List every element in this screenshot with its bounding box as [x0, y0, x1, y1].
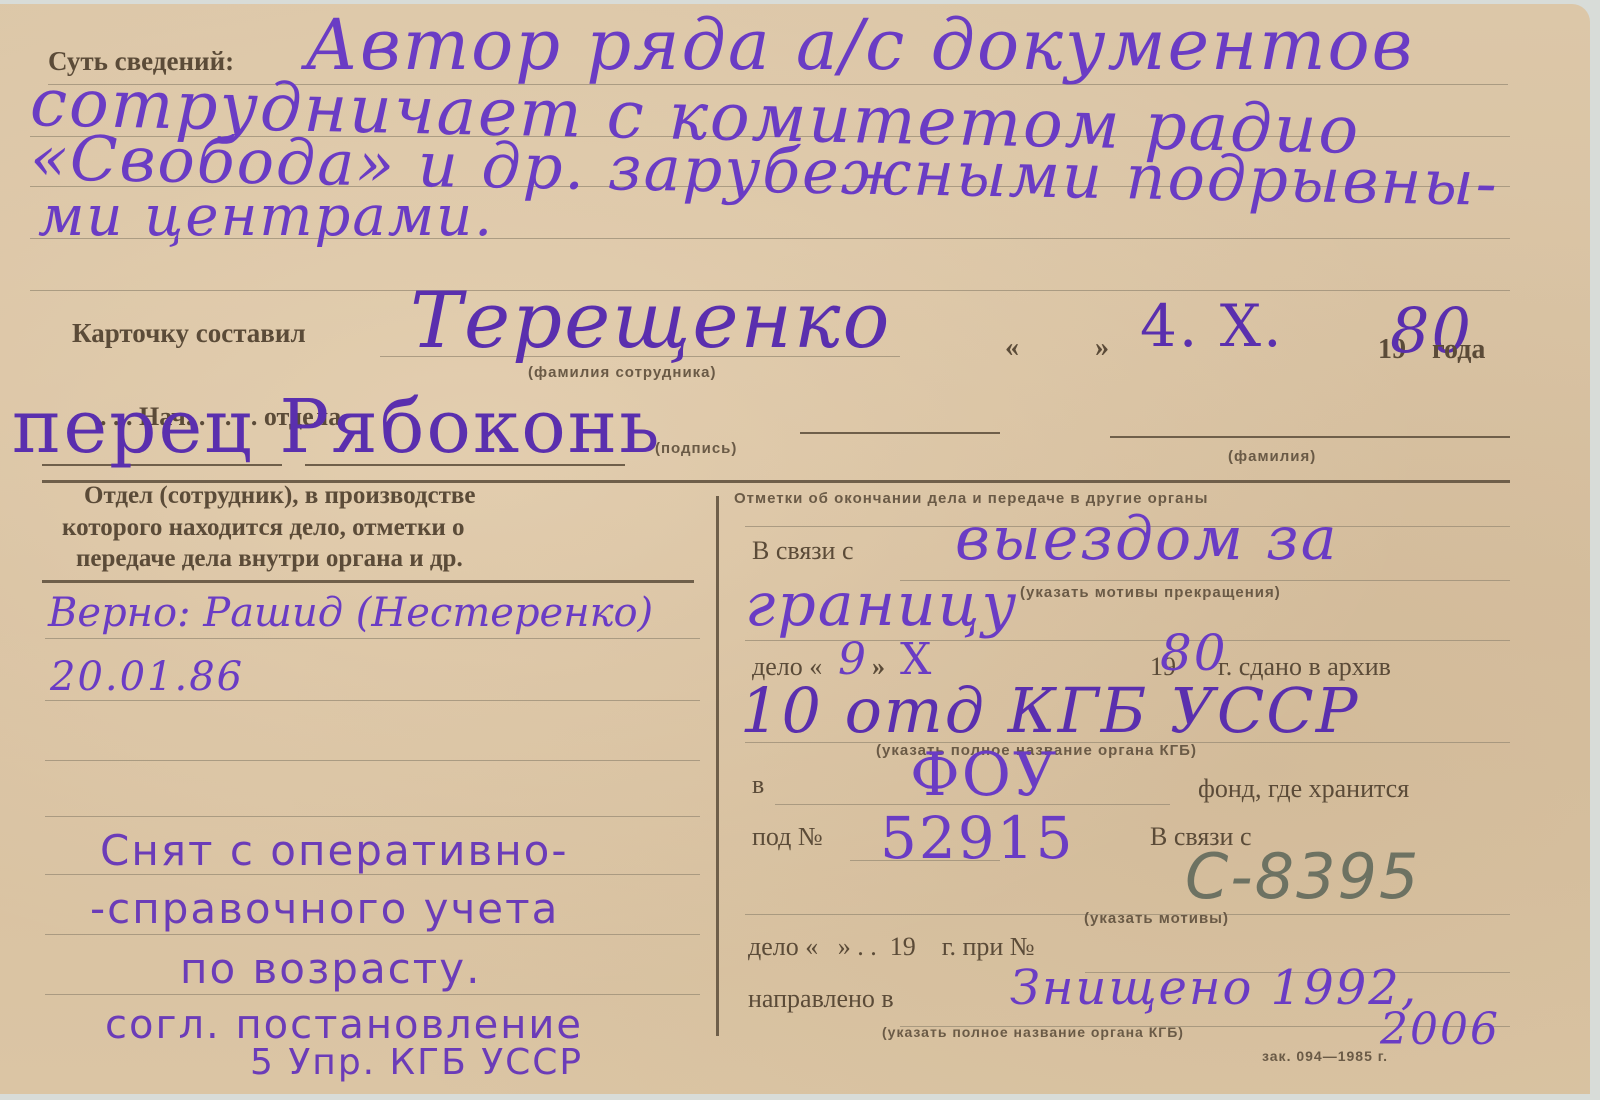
rule-line: [45, 760, 700, 761]
removal-note-line-1: Снят с оперативно-: [100, 826, 569, 875]
compiled-by-label: Карточку составил: [72, 318, 306, 349]
print-order: зак. 094—1985 г.: [1262, 1048, 1388, 1064]
date-suffix: года: [1432, 334, 1485, 366]
date-day-month: 4. X.: [1140, 292, 1284, 360]
fund-value: ФОУ: [910, 740, 1058, 810]
rule-line: [45, 994, 700, 995]
rule-line: [850, 860, 1000, 861]
rule-line: [45, 700, 700, 701]
left-header-divider: [42, 580, 694, 583]
fund-prefix: в: [752, 770, 764, 800]
head-handwritten: перец Рябоконь: [12, 384, 661, 470]
column-divider: [716, 496, 719, 1036]
sent-value: Знищено 1992,: [1010, 960, 1418, 1016]
fund-label: фонд, где хранится: [1198, 774, 1409, 804]
signature-caption: (подпись): [655, 440, 737, 457]
verified-date: 20.01.86: [50, 654, 244, 700]
compiled-by-surname: Терещенко: [410, 276, 891, 366]
surname-caption: (фамилия): [1228, 448, 1316, 465]
number-label: под №: [752, 822, 823, 852]
rule-line: [45, 816, 700, 817]
rule-line: [45, 638, 700, 639]
reason-caption: (указать мотивы прекращения): [1020, 584, 1281, 601]
rule-line: [1110, 436, 1510, 438]
date-open-quote: «: [1005, 332, 1019, 364]
reason-value-1: выездом за: [955, 504, 1339, 574]
removal-note-line-3: по возрасту.: [180, 944, 481, 993]
number-value: 52915: [880, 804, 1075, 872]
reason2-value: С-8395: [1185, 840, 1420, 913]
essence-line-4: ми центрами.: [38, 184, 494, 249]
sent-value-2: 2006: [1380, 1004, 1500, 1055]
sent-caption: (указать полное название органа КГБ): [882, 1024, 1184, 1040]
compiled-by-caption: (фамилия сотрудника): [528, 364, 717, 381]
reason-value-2: границу: [745, 570, 1018, 640]
removal-note-line-2: -справочного учета: [90, 884, 559, 933]
left-header-line-2: которого находится дело, отметки о: [62, 514, 465, 542]
verified-line: Верно: Рашид (Нестеренко): [48, 590, 653, 636]
sent-label: направлено в: [748, 984, 894, 1014]
removal-note-line-5: 5 Упр. КГБ УССР: [250, 1042, 583, 1083]
reason-label: В связи с: [752, 536, 854, 566]
case2-label: дело « » . . 19 г. при №: [748, 932, 1035, 962]
rule-line: [45, 934, 700, 935]
reason2-caption: (указать мотивы): [1084, 910, 1229, 927]
left-header-line-3: передаче дела внутри органа и др.: [76, 545, 463, 573]
left-header-line-1: Отдел (сотрудник), в производстве: [84, 482, 476, 510]
date-close-quote: »: [1095, 332, 1109, 364]
archive-value: 10 отд КГБ УССР: [740, 674, 1359, 747]
registration-card: Суть сведений: Автор ряда а/с документов…: [0, 4, 1590, 1094]
rule-line: [800, 432, 1000, 434]
